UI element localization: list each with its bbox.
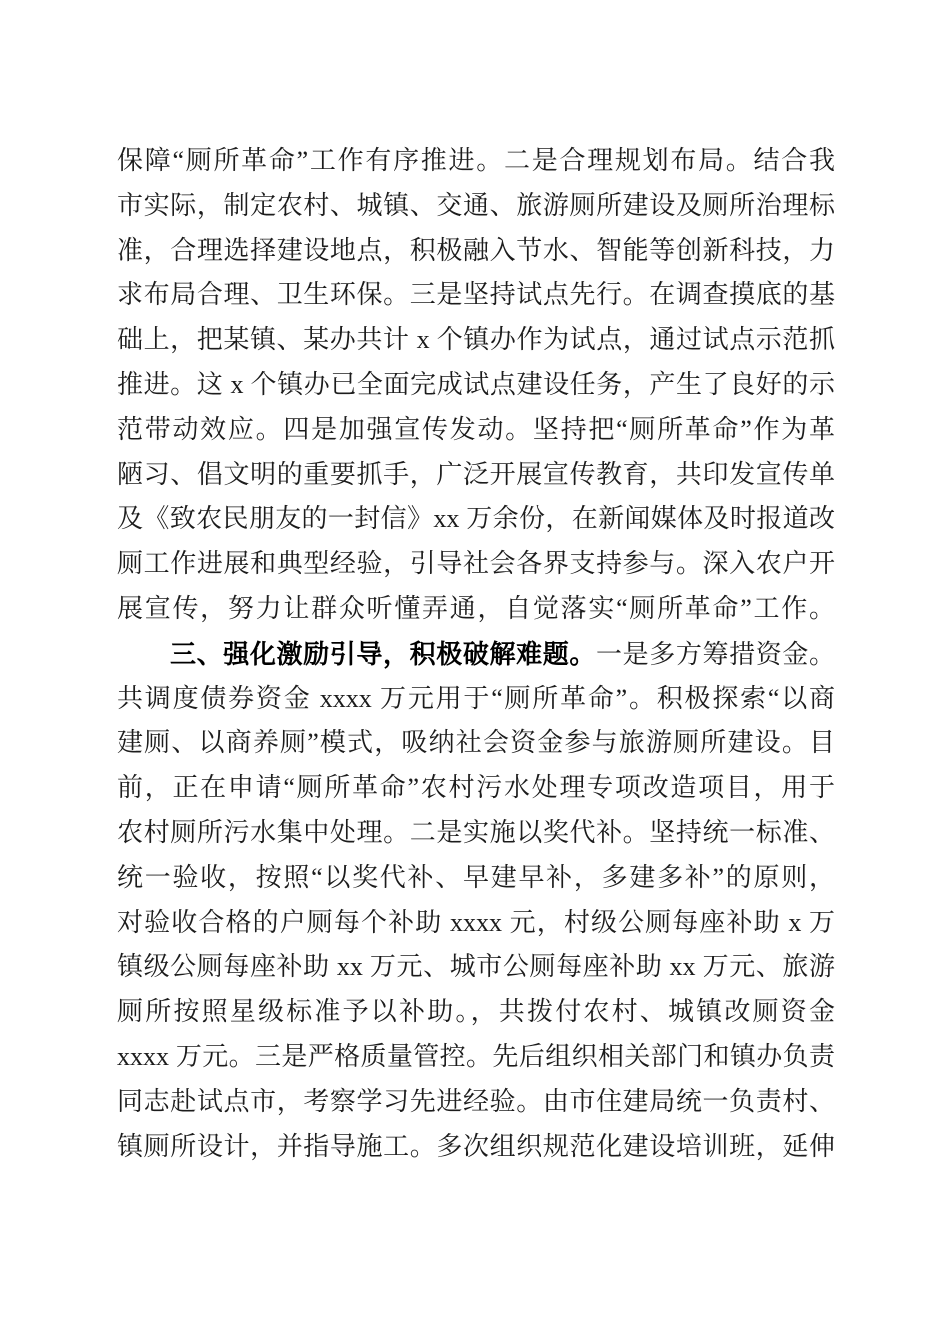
body-line: xxxx 万元。三是严格质量管控。先后组织相关部门和镇办负责 — [117, 1035, 835, 1080]
body-line: 建厕、以商养厕”模式，吸纳社会资金参与旅游厕所建设。目 — [117, 721, 835, 766]
body-line: 对验收合格的户厕每个补助 xxxx 元，村级公厕每座补助 x 万元、 — [117, 901, 835, 946]
body-line: 同志赴试点市，考察学习先进经验。由市住建局统一负责村、 — [117, 1080, 835, 1125]
body-line-text: 厕所按照星级标准予以补助。，共拨付农村、城镇改厕资金 — [117, 997, 835, 1026]
body-line-text: 求布局合理、卫生环保。三是坚持试点先行。在调查摸底的基 — [117, 280, 835, 309]
body-line: 础上，把某镇、某办共计 x 个镇办作为试点，通过试点示范抓 — [117, 318, 835, 363]
body-line-text: 础上，把某镇、某办共计 x 个镇办作为试点，通过试点示范抓 — [117, 325, 835, 354]
body-line-text: 对验收合格的户厕每个补助 xxxx 元，村级公厕每座补助 x 万元、 — [117, 908, 835, 946]
body-line-text: 共调度债券资金 xxxx 万元用于“厕所革命”。积极探索“以商 — [117, 684, 835, 713]
body-line-text: 展宣传，努力让群众听懂弄通，自觉落实“厕所革命”工作。 — [117, 594, 835, 623]
body-line: 准，合理选择建设地点，积极融入节水、智能等创新科技，力 — [117, 229, 835, 274]
section-heading-line: 三、强化激励引导，积极破解难题。一是多方筹措资金。 — [117, 632, 835, 677]
body-line-text: 准，合理选择建设地点，积极融入节水、智能等创新科技，力 — [117, 236, 835, 265]
body-line-text: 保障“厕所革命”工作有序推进。二是合理规划布局。结合我 — [117, 146, 835, 175]
body-line-text: 镇厕所设计，并指导施工。多次组织规范化建设培训班，延伸 — [117, 1132, 835, 1161]
body-line: 陋习、倡文明的重要抓手，广泛开展宣传教育，共印发宣传单 — [117, 453, 835, 498]
body-line-text: 建厕、以商养厕”模式，吸纳社会资金参与旅游厕所建设。目 — [117, 728, 835, 757]
document-page: 保障“厕所革命”工作有序推进。二是合理规划布局。结合我 市实际，制定农村、城镇、… — [0, 0, 950, 1344]
body-line-text: 一是多方筹措资金。 — [596, 640, 835, 669]
body-line-text: xxxx 万元。三是严格质量管控。先后组织相关部门和镇办负责 — [117, 1042, 835, 1071]
body-line: 镇级公厕每座补助 xx 万元、城市公厕每座补助 xx 万元、旅游 — [117, 945, 835, 990]
body-line: 农村厕所污水集中处理。二是实施以奖代补。坚持统一标准、 — [117, 811, 835, 856]
body-line-text: 及《致农民朋友的一封信》xx 万余份，在新闻媒体及时报道改 — [117, 504, 835, 533]
body-line: 及《致农民朋友的一封信》xx 万余份，在新闻媒体及时报道改 — [117, 497, 835, 542]
body-line: 推进。这 x 个镇办已全面完成试点建设任务，产生了良好的示 — [117, 363, 835, 408]
body-line: 前，正在申请“厕所革命”农村污水处理专项改造项目，用于 — [117, 766, 835, 811]
body-line: 厕工作进展和典型经验，引导社会各界支持参与。深入农户开 — [117, 542, 835, 587]
body-line-text: 镇级公厕每座补助 xx 万元、城市公厕每座补助 xx 万元、旅游 — [117, 952, 835, 981]
body-line: 展宣传，努力让群众听懂弄通，自觉落实“厕所革命”工作。 — [117, 587, 835, 632]
body-line-text: 厕工作进展和典型经验，引导社会各界支持参与。深入农户开 — [117, 549, 835, 578]
body-line: 厕所按照星级标准予以补助。，共拨付农村、城镇改厕资金 — [117, 990, 835, 1035]
body-line-text: 范带动效应。四是加强宣传发动。坚持把“厕所革命”作为革 — [117, 415, 835, 444]
section-3-heading: 三、强化激励引导，积极破解难题。 — [170, 639, 596, 669]
body-line: 统一验收，按照“以奖代补、早建早补，多建多补”的原则， — [117, 856, 835, 901]
body-line: 求布局合理、卫生环保。三是坚持试点先行。在调查摸底的基 — [117, 273, 835, 318]
body-line-text: 推进。这 x 个镇办已全面完成试点建设任务，产生了良好的示 — [117, 370, 835, 399]
document-body: 保障“厕所革命”工作有序推进。二是合理规划布局。结合我 市实际，制定农村、城镇、… — [117, 139, 835, 1169]
body-line-text: 陋习、倡文明的重要抓手，广泛开展宣传教育，共印发宣传单 — [117, 460, 835, 489]
body-line: 保障“厕所革命”工作有序推进。二是合理规划布局。结合我 — [117, 139, 835, 184]
body-line: 范带动效应。四是加强宣传发动。坚持把“厕所革命”作为革 — [117, 408, 835, 453]
body-line: 市实际，制定农村、城镇、交通、旅游厕所建设及厕所治理标 — [117, 184, 835, 229]
body-line-text: 前，正在申请“厕所革命”农村污水处理专项改造项目，用于 — [117, 773, 835, 802]
body-line-text: 统一验收，按照“以奖代补、早建早补，多建多补”的原则， — [117, 863, 835, 892]
body-line-text: 市实际，制定农村、城镇、交通、旅游厕所建设及厕所治理标 — [117, 191, 835, 220]
body-line: 镇厕所设计，并指导施工。多次组织规范化建设培训班，延伸 — [117, 1125, 835, 1170]
body-line: 共调度债券资金 xxxx 万元用于“厕所革命”。积极探索“以商 — [117, 677, 835, 722]
body-line-text: 农村厕所污水集中处理。二是实施以奖代补。坚持统一标准、 — [117, 818, 835, 847]
body-line-text: 同志赴试点市，考察学习先进经验。由市住建局统一负责村、 — [117, 1087, 835, 1116]
